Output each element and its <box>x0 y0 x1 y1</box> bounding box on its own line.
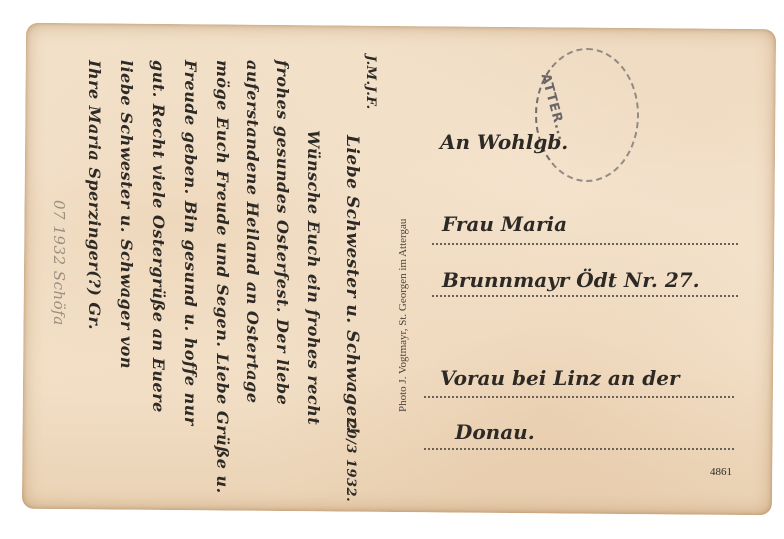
address-line-5: Donau. <box>455 420 535 444</box>
address-dotted-line <box>424 396 734 398</box>
address-dotted-line <box>432 243 738 245</box>
message-line: möge Euch Freude und Segen. Liebe Grüße … <box>213 60 232 494</box>
message-line: liebe Schwester u. Schwager von <box>117 60 136 369</box>
address-dotted-line <box>424 448 734 450</box>
publisher-credit: Photo J. Vogtmayr, St. Georgen im Atterg… <box>397 219 409 412</box>
address-line-2: Frau Maria <box>442 212 567 236</box>
address-dotted-line <box>432 295 738 297</box>
address-line-3: Brunnmayr Ödt Nr. 27. <box>442 268 700 292</box>
message-line: auferstandene Heiland an Ostertage <box>243 60 262 404</box>
address-line-4: Vorau bei Linz an der <box>440 366 680 390</box>
message-line: Freude geben. Bin gesund u. hoffe nur <box>181 60 200 426</box>
message-date: 20/3 1932. <box>343 420 358 502</box>
message-line: gut. Recht viele Ostergrüße an Euere <box>149 60 168 413</box>
message-salutation: Liebe Schwester u. Schwager! <box>342 135 362 434</box>
margin-pencil-note: 07 1932 Schöfa <box>50 200 68 326</box>
message-header-mark: J.M.J.F. <box>363 55 378 110</box>
message-line: Wünsche Euch ein frohes recht <box>304 130 323 425</box>
message-line: Ihre Maria Sperzinger(?) Gr. <box>85 60 104 330</box>
card-number: 4861 <box>710 466 732 478</box>
message-line: frohes gesundes Osterfest. Der liebe <box>273 60 292 405</box>
address-line-1: An Wohlgb. <box>440 130 568 154</box>
